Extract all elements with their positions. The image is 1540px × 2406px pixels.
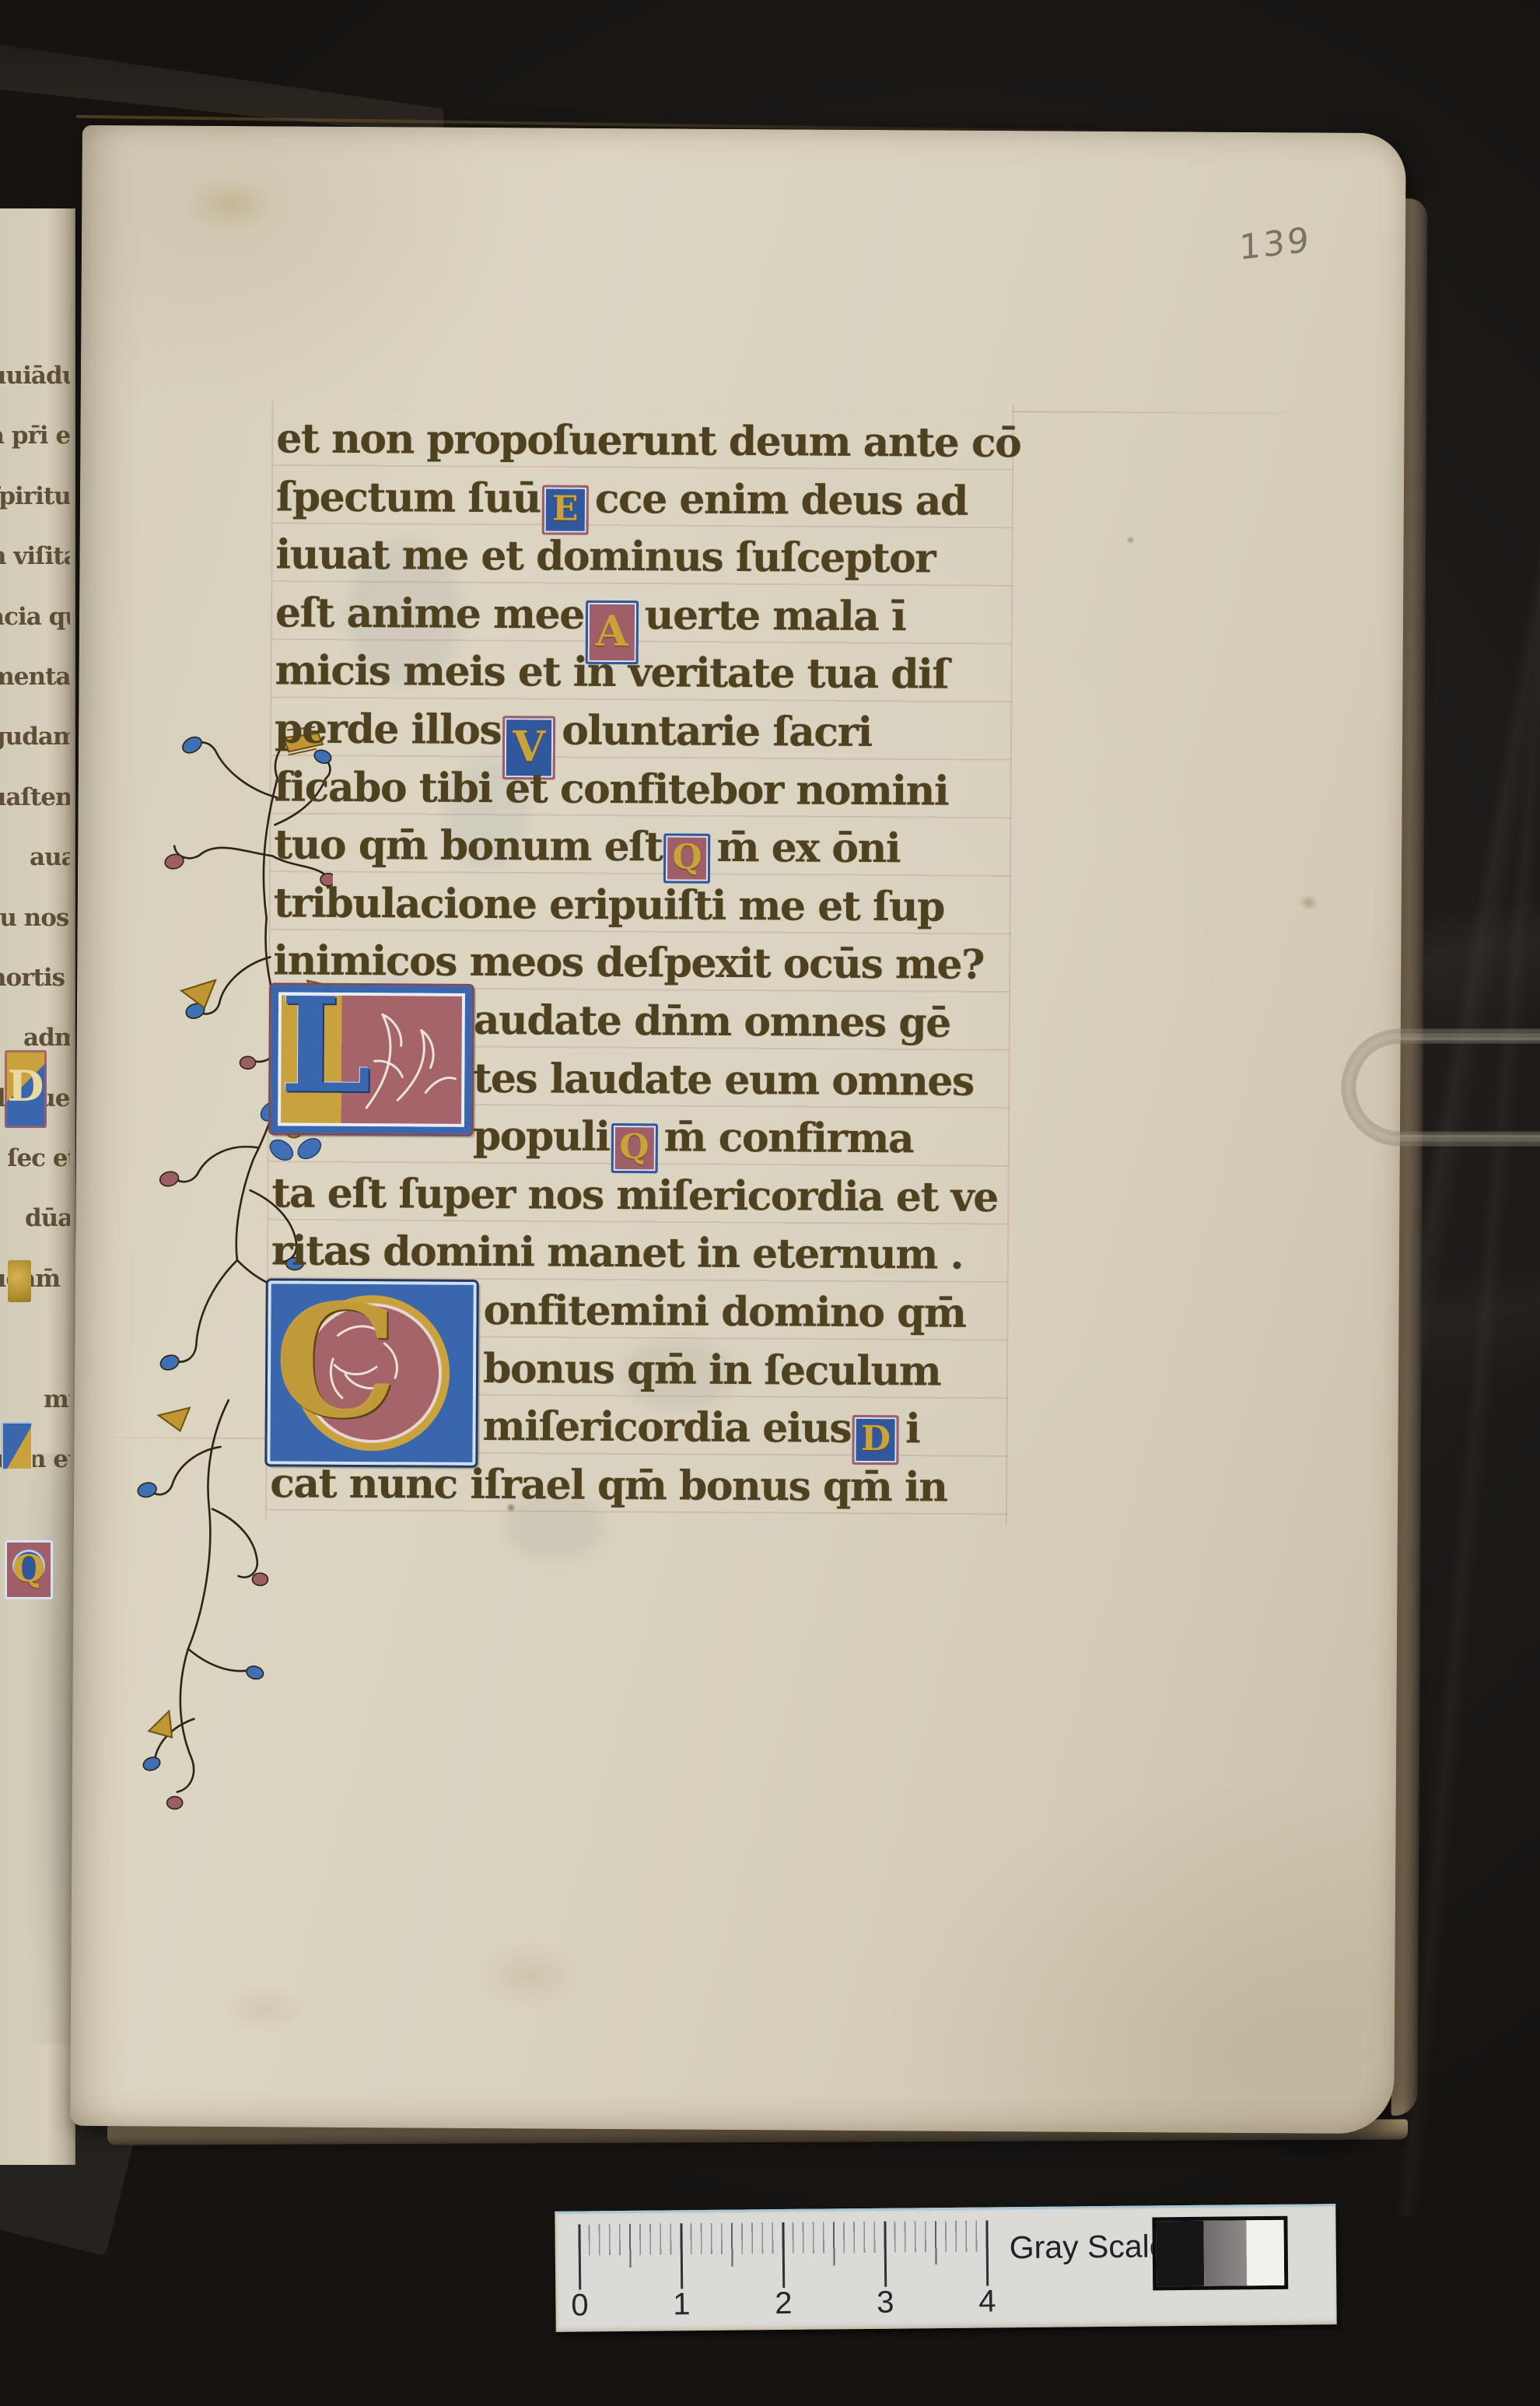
initial-letter: C: [273, 1276, 398, 1448]
illuminated-initial-d: D: [852, 1415, 899, 1465]
ink-speck: [1127, 536, 1135, 544]
line-text: perde illos: [275, 705, 501, 754]
text-line: ſpectum ſuūEcce enim deus ad: [276, 469, 1023, 531]
ruling-extension-right: [1013, 411, 1347, 415]
parchment-stain: [475, 1940, 585, 2011]
illuminated-initial-l-laudate: L: [271, 985, 472, 1134]
parchment-stain: [183, 177, 276, 233]
gray-scale-label: Gray Scale: [1010, 2228, 1167, 2266]
text-line: eſt anime meeAuerte mala ī: [275, 585, 1022, 647]
line-text: populi: [473, 1112, 610, 1161]
page-holder-clip: [1313, 1008, 1540, 1168]
line-text: audate dn̄m omnes gē: [474, 996, 950, 1047]
line-text: bonus qm̄ in ſeculum: [483, 1344, 941, 1395]
illuminated-initial-q: Q: [663, 834, 710, 884]
parchment-stain: [223, 1985, 309, 2033]
line-text: iuuat me et dominus ſuſceptor: [275, 531, 935, 583]
line-text: oluntarie ſacri: [562, 707, 872, 756]
black-patch: [1156, 2221, 1203, 2287]
illuminated-initial-q: Q: [611, 1123, 657, 1173]
text-line: perde illosVoluntarie ſacri: [275, 701, 1021, 763]
white-patch: [1247, 2220, 1284, 2285]
text-line: ficabo tibi et confitebor nomini: [274, 759, 1020, 821]
calibration-card: 0 1 2 3 4 Gray Scale: [555, 2204, 1336, 2332]
line-text: tuo qm̄ bonum eſt: [274, 821, 663, 870]
line-text: ſpectum ſuū: [276, 473, 541, 522]
line-text: m̄ confirma: [663, 1114, 913, 1163]
line-text: micis meis et in veritate tua diſ: [275, 647, 948, 699]
initial-letter: L: [279, 979, 372, 1111]
line-text: cat nunc iſrael qm̄ bonus qm̄ in: [270, 1459, 947, 1511]
ruler-number: 0: [562, 2288, 597, 2323]
line-text: ficabo tibi et confitebor nomini: [274, 763, 948, 814]
text-line: micis meis et in veritate tua diſ: [275, 643, 1021, 706]
line-text: tes laudate eum omnes: [473, 1054, 974, 1105]
book-block: 139: [0, 0, 1540, 2406]
line-text: i: [905, 1405, 920, 1452]
line-text: m̄ ex ōni: [716, 824, 900, 872]
parchment-stain: [1299, 895, 1319, 910]
ruler-numbers: 0 1 2 3 4: [579, 2284, 989, 2327]
text-line: ta eſt ſuper nos miſericordia et ve: [271, 1165, 1018, 1228]
manuscript-photo-stage: uuiāduſħ a pr̄i et filio ſpiritus nu n v…: [0, 0, 1540, 2406]
line-text: et non propoſuerunt deum ante cō: [276, 415, 1020, 467]
text-line: tuo qm̄ bonum eſtQm̄ ex ōni: [274, 817, 1020, 879]
gray-patch: [1203, 2220, 1248, 2286]
text-line: et non propoſuerunt deum ante cō: [276, 411, 1023, 473]
ruler-number: 2: [766, 2286, 800, 2321]
line-text: ta eſt ſuper nos miſericordia et ve: [271, 1169, 998, 1221]
line-text: tribulacione eripuiſti me et ſup: [274, 879, 945, 930]
line-text: inimicos meos deſpexit ocūs me?: [273, 937, 984, 989]
ruler-number: 4: [970, 2284, 1004, 2319]
line-text: uerte mala ī: [645, 591, 906, 640]
pencil-folio-number: 139: [1239, 220, 1311, 268]
line-text: cce enim deus ad: [595, 475, 968, 524]
gray-scale-patches: [1152, 2216, 1288, 2291]
ruler-number: 3: [868, 2285, 902, 2320]
manuscript-recto-page: 139: [70, 125, 1406, 2134]
ruler-ticks: [578, 2220, 989, 2289]
line-text: miſericordia eius: [482, 1403, 851, 1452]
illuminated-initial-c-confitemini: C: [267, 1280, 476, 1466]
line-text: eſt anime mee: [275, 589, 584, 638]
line-text: onfitemini domino qm̄: [483, 1287, 965, 1337]
ruler-number: 1: [664, 2287, 698, 2322]
illuminated-initial-e: E: [542, 485, 589, 534]
text-line: iuuat me et dominus ſuſceptor: [275, 527, 1022, 590]
text-line: tribulacione eripuiſti me et ſup: [274, 875, 1020, 937]
